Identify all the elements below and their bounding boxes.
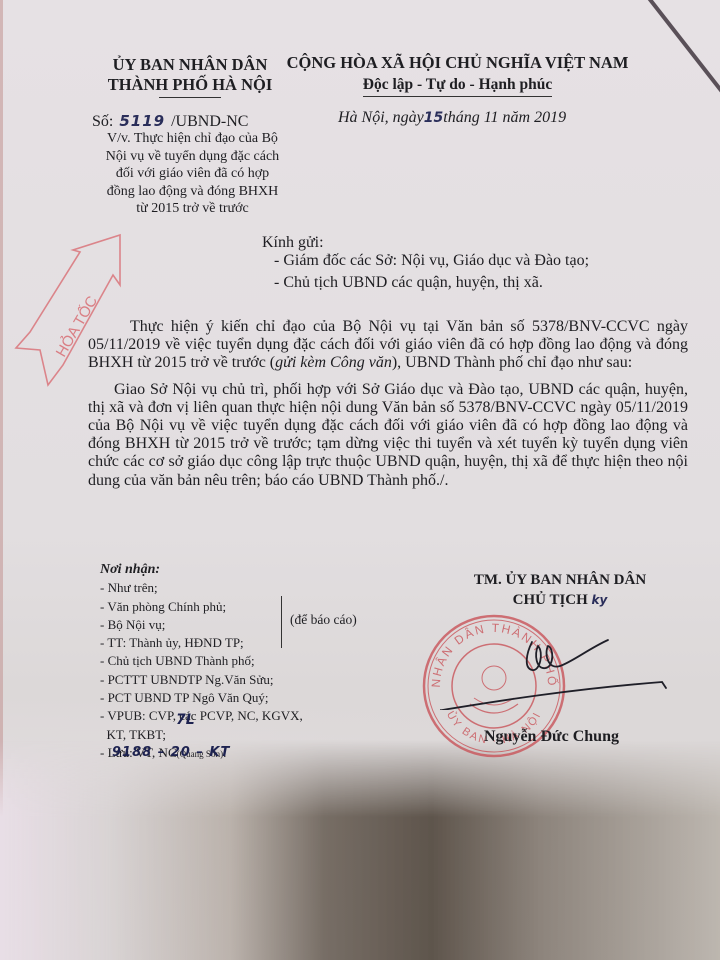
issuer-underline <box>159 97 221 98</box>
signature-title-line1: TM. ỦY BAN NHÂN DÂN <box>455 570 665 590</box>
national-title: CỘNG HÒA XÃ HỘI CHỦ NGHĨA VIỆT NAM <box>285 52 630 73</box>
handwritten-code: 9188 – 20 – KT <box>112 745 230 760</box>
addressee-list: - Giám đốc các Sở: Nội vụ, Giáo dục và Đ… <box>262 250 589 294</box>
recipient-item: - TT: Thành ủy, HĐND TP; <box>100 634 303 652</box>
date-prefix: Hà Nội, ngày <box>338 109 424 126</box>
recipient-item: - PCTTT UBNDTP Ng.Văn Sửu; <box>100 671 303 689</box>
number-handwritten: 5119 <box>119 112 165 130</box>
handwritten-signature-icon <box>440 630 670 710</box>
recipient-item: - PCT UBND TP Ngô Văn Quý; <box>100 689 303 707</box>
recipient-item: - Văn phòng Chính phủ; <box>100 598 303 616</box>
document-body: Thực hiện ý kiến chỉ đạo của Bộ Nội vụ t… <box>88 318 688 498</box>
issuer-line2: THÀNH PHỐ HÀ NỘI <box>85 75 295 95</box>
document-subject: V/v. Thực hiện chỉ đạo của Bộ Nội vụ về … <box>95 130 290 218</box>
recipient-item: - VPUB: CVP, các PCVP, NC, KGVX, <box>100 707 303 725</box>
recipient-item: - Chủ tịch UBND Thành phố; <box>100 652 303 670</box>
number-suffix: /UBND-NC <box>171 113 248 130</box>
paragraph1-text-end: ), UBND Thành phố chỉ đạo như sau: <box>392 354 632 371</box>
document-number: Số:5119/UBND-NC <box>92 112 248 131</box>
addressee-item: - Chủ tịch UBND các quận, huyện, thị xã. <box>262 272 589 294</box>
national-motto: Độc lập - Tự do - Hạnh phúc <box>363 74 552 97</box>
signature-title-line2: CHỦ TỊCH ky <box>455 590 665 610</box>
subject-line: Nội vụ về tuyển dụng đặc cách <box>95 148 290 166</box>
document-date: Hà Nội, ngày15tháng 11 năm 2019 <box>338 109 566 127</box>
national-header: CỘNG HÒA XÃ HỘI CHỦ NGHĨA VIỆT NAM Độc l… <box>285 52 630 97</box>
paragraph1-italic: gửi kèm Công văn <box>275 354 392 371</box>
addressee-item: - Giám đốc các Sở: Nội vụ, Giáo dục và Đ… <box>262 250 589 272</box>
date-day-handwritten: 15 <box>424 110 443 126</box>
signature-block: TM. ỦY BAN NHÂN DÂN CHỦ TỊCH ky <box>455 570 665 610</box>
subject-line: từ 2015 trở về trước <box>95 200 290 218</box>
body-paragraph-1: Thực hiện ý kiến chỉ đạo của Bộ Nội vụ t… <box>88 318 688 373</box>
recipient-item: - Bộ Nội vụ; <box>100 616 303 634</box>
recipients-block: Nơi nhận: - Như trên; - Văn phòng Chính … <box>100 561 303 763</box>
subject-line: V/v. Thực hiện chỉ đạo của Bộ <box>95 130 290 148</box>
issuer-line1: ỦY BAN NHÂN DÂN <box>85 55 295 75</box>
bracket-label: (để báo cáo) <box>290 612 357 628</box>
recipients-bracket <box>281 596 282 648</box>
handwritten-tick: 7L <box>176 712 195 728</box>
recipients-title: Nơi nhận: <box>100 561 303 579</box>
number-prefix: Số: <box>92 113 113 130</box>
subject-line: đối với giáo viên đã có hợp <box>95 165 290 183</box>
shadow-region <box>0 740 720 960</box>
recipient-item: - Như trên; <box>100 579 303 597</box>
signature-initials: ky <box>592 593 608 607</box>
body-paragraph-2: Giao Sở Nội vụ chủ trì, phối hợp với Sở … <box>88 381 688 490</box>
issuer-header: ỦY BAN NHÂN DÂN THÀNH PHỐ HÀ NỘI <box>85 55 295 98</box>
signature-role: CHỦ TỊCH <box>513 592 588 608</box>
subject-line: đồng lao động và đóng BHXH <box>95 183 290 201</box>
recipient-item: KT, TKBT; <box>100 726 303 744</box>
date-rest: tháng 11 năm 2019 <box>443 109 566 126</box>
signer-name: Nguyễn Đức Chung <box>484 728 619 746</box>
